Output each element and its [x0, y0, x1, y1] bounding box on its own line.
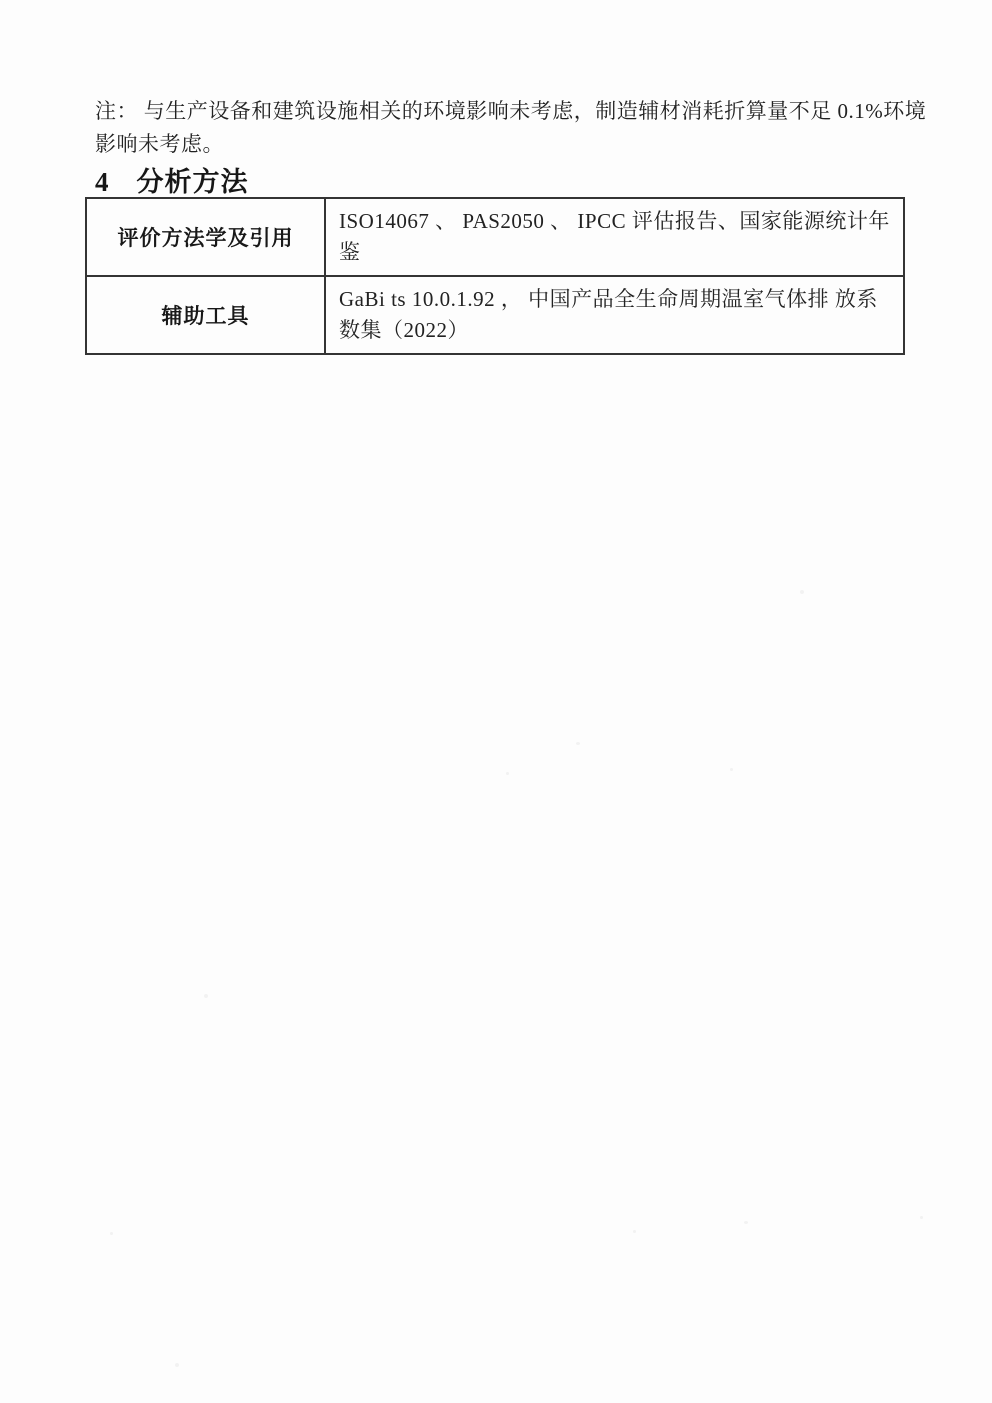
- analysis-method-table: 评价方法学及引用 ISO14067 、 PAS2050 、 IPCC 评估报告、…: [85, 197, 905, 355]
- scan-speck: [110, 1232, 113, 1235]
- scan-speck: [800, 590, 804, 594]
- scan-speck: [633, 1230, 636, 1233]
- scan-speck: [730, 768, 733, 771]
- row-value-methodology: ISO14067 、 PAS2050 、 IPCC 评估报告、国家能源统计年鉴: [325, 198, 904, 276]
- scan-speck: [920, 1216, 923, 1219]
- note-paragraph: 注： 与生产设备和建筑设施相关的环境影响未考虑，制造辅材消耗折算量不足 0.1%…: [95, 95, 935, 161]
- row-label-methodology: 评价方法学及引用: [86, 198, 325, 276]
- row-label-tools: 辅助工具: [86, 276, 325, 354]
- table-row: 评价方法学及引用 ISO14067 、 PAS2050 、 IPCC 评估报告、…: [86, 198, 904, 276]
- section-heading: 4 分析方法: [95, 160, 249, 199]
- document-page: 注： 与生产设备和建筑设施相关的环境影响未考虑，制造辅材消耗折算量不足 0.1%…: [0, 0, 992, 1403]
- section-number: 4: [95, 167, 109, 198]
- scan-speck: [744, 1221, 748, 1224]
- scan-speck: [175, 1363, 179, 1367]
- scan-speck: [506, 772, 509, 775]
- table-row: 辅助工具 GaBi ts 10.0.1.92 ， 中国产品全生命周期温室气体排 …: [86, 276, 904, 354]
- scan-speck: [576, 742, 580, 745]
- section-title: 分析方法: [137, 160, 249, 199]
- row-value-tools: GaBi ts 10.0.1.92 ， 中国产品全生命周期温室气体排 放系数集（…: [325, 276, 904, 354]
- scan-speck: [204, 994, 208, 998]
